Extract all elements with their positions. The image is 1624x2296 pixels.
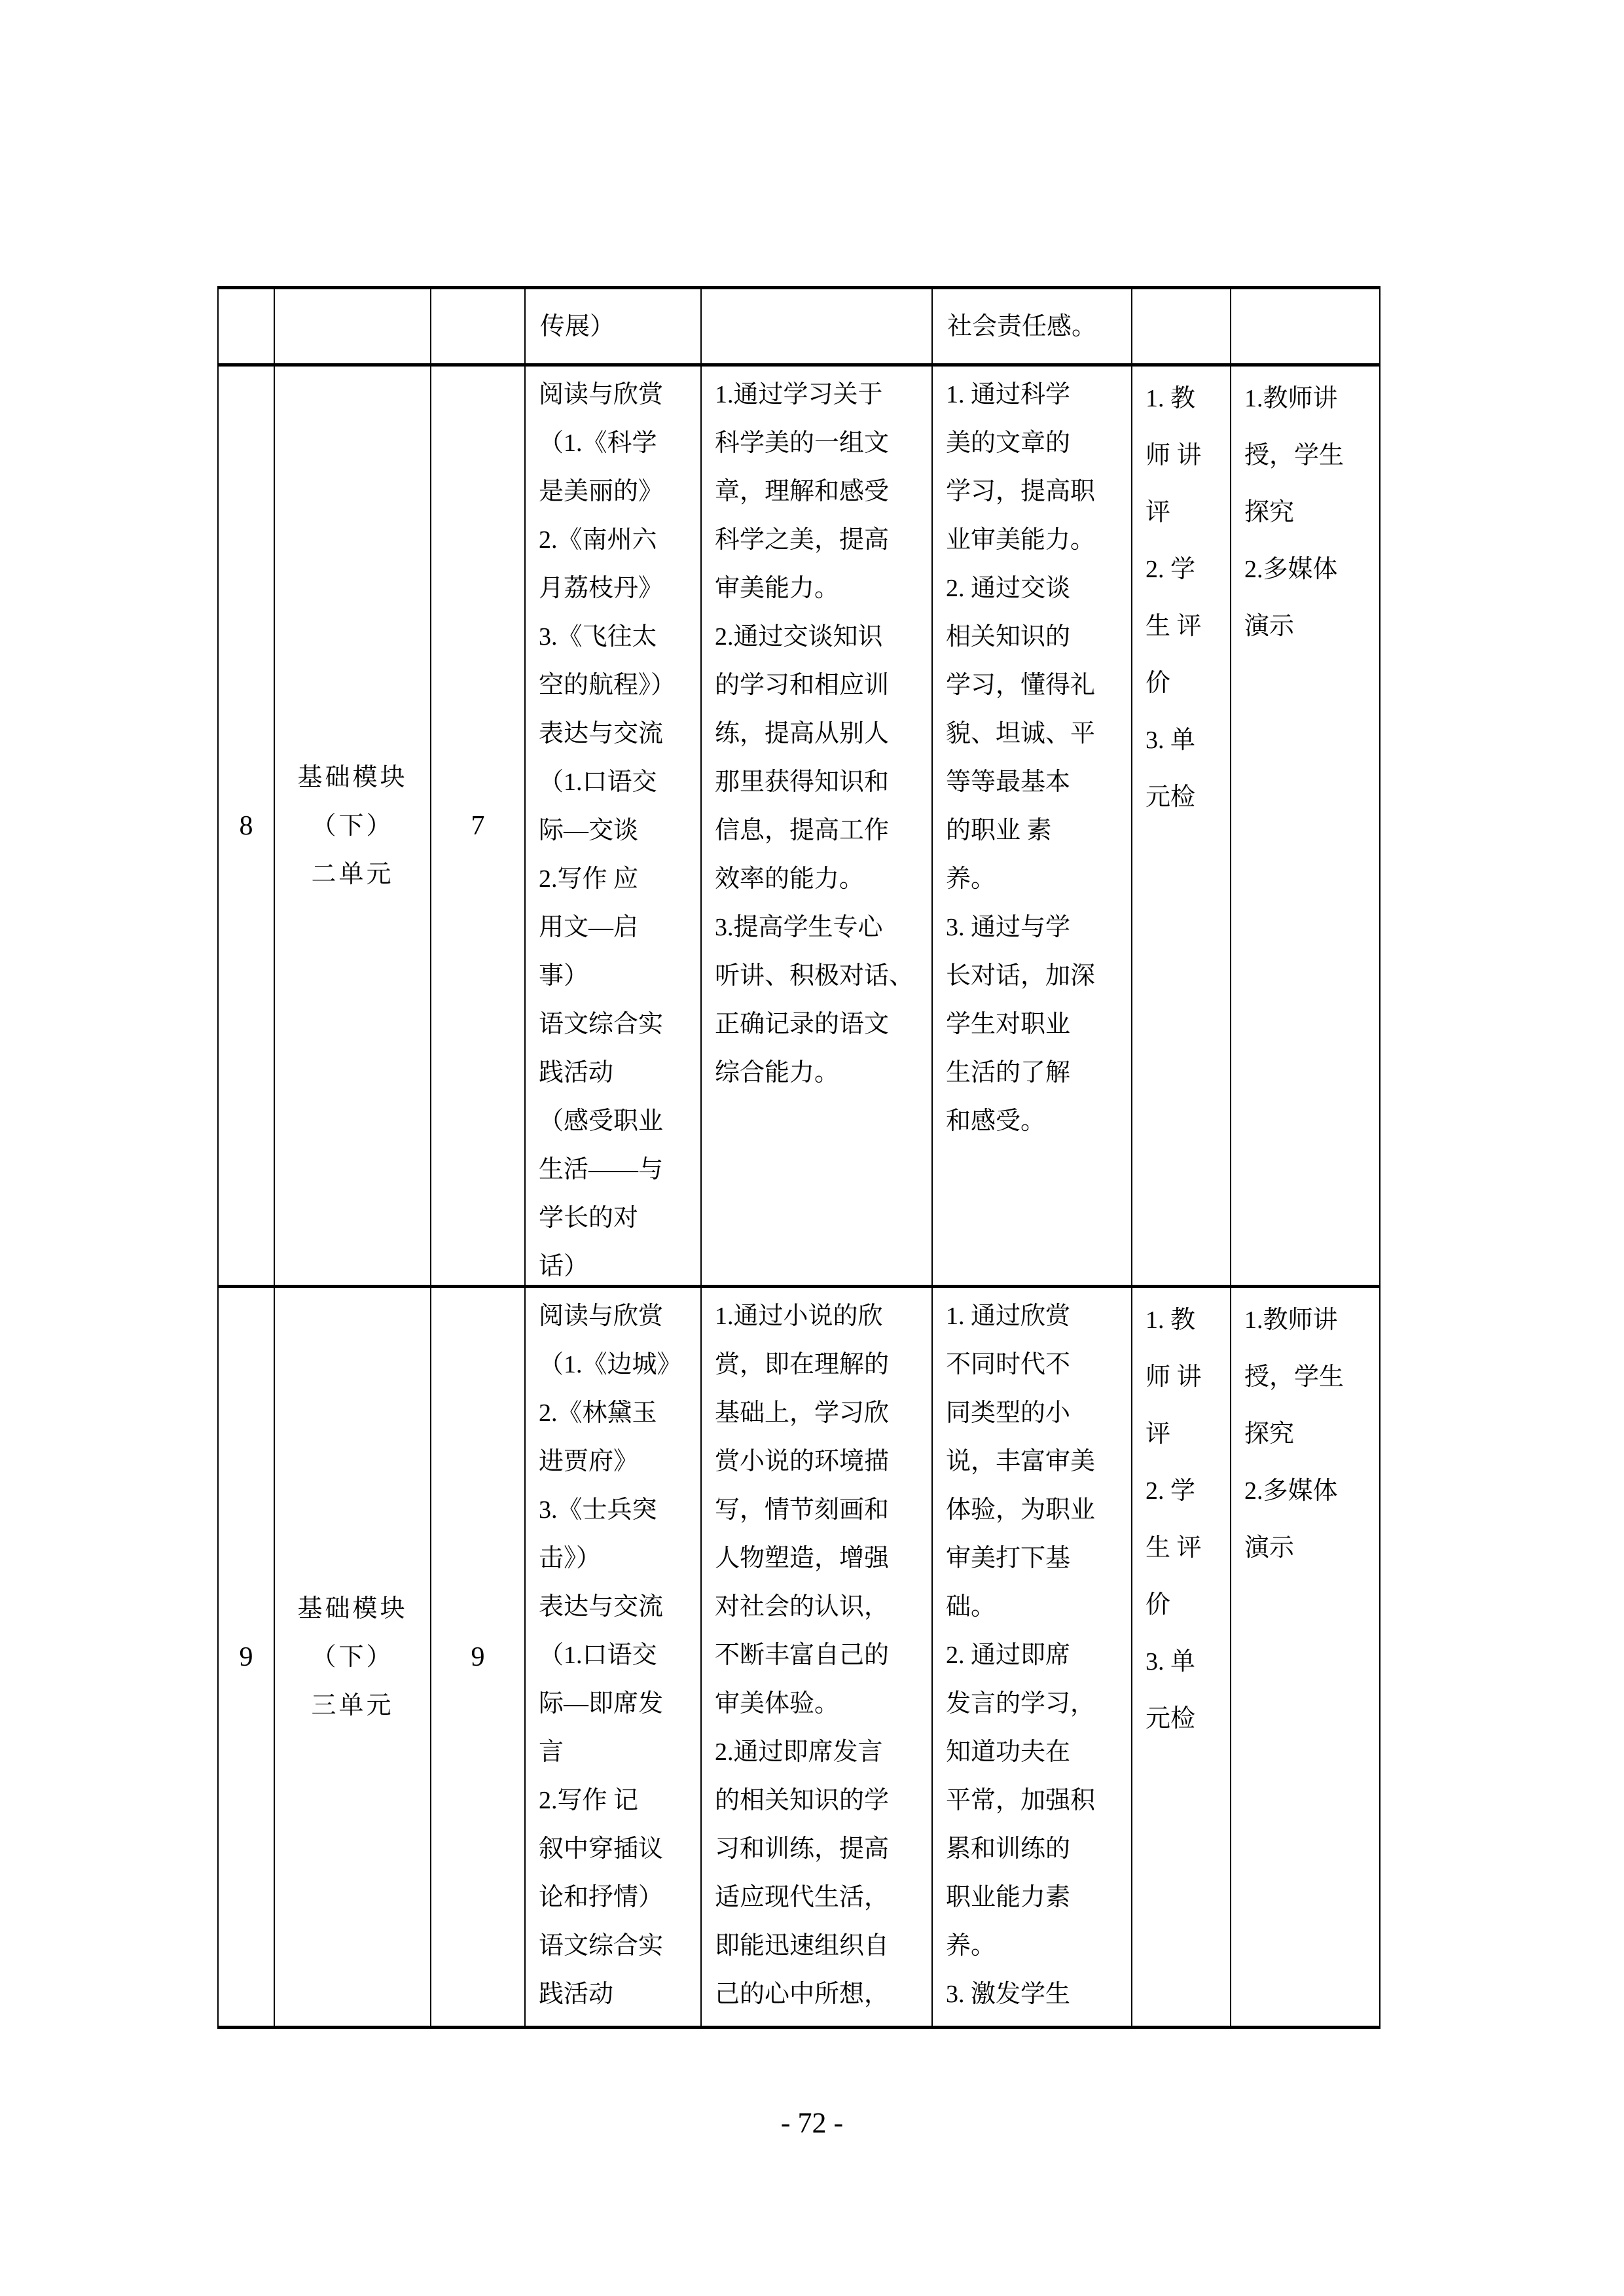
cell-row9-objectives: 1.通过小说的欣 赏，即在理解的 基础上，学习欣 赏小说的环境描 写，情节刻画和…: [702, 1288, 933, 2026]
cell-row8-no: 8: [219, 367, 275, 1288]
cell-text: 8: [240, 802, 253, 850]
cell-text: 9: [471, 1633, 485, 1681]
cell-row9-hours: 9: [431, 1288, 526, 2026]
cell-cont-competency: 社会责任感。: [933, 289, 1132, 367]
cell-text: 1. 通过欣赏 不同时代不 同类型的小 说，丰富审美 体验，为职业 审美打下基 …: [946, 1302, 1095, 2008]
cell-cont-methods: [1231, 289, 1379, 367]
cell-text: 7: [471, 802, 485, 850]
cell-row9-competency: 1. 通过欣赏 不同时代不 同类型的小 说，丰富审美 体验，为职业 审美打下基 …: [933, 1288, 1132, 2026]
cell-text: 1.教师讲 授，学生 探究 2.多媒体 演示: [1244, 1306, 1344, 1562]
document-page: 传展） 社会责任感。 8 基础模块 （下） 二单元 7 阅读与欣赏 （1.《科学…: [0, 0, 1624, 2296]
cell-text: 1.通过小说的欣 赏，即在理解的 基础上，学习欣 赏小说的环境描 写，情节刻画和…: [715, 1302, 889, 2008]
cell-row9-no: 9: [219, 1288, 275, 2026]
cell-row8-hours: 7: [431, 367, 526, 1288]
cell-cont-module: [275, 289, 431, 367]
cell-text: 1.教师讲 授，学生 探究 2.多媒体 演示: [1244, 385, 1344, 640]
cell-text: 基础模块 （下） 二单元: [297, 753, 407, 899]
cell-text: 社会责任感。: [947, 302, 1096, 351]
cell-text: 阅读与欣赏 （1.《边城》 2.《林黛玉 进贾府》 3.《士兵突 击》） 表达与…: [539, 1302, 682, 2008]
cell-text: 1. 教 师 讲 评 2. 学 生 评 价 3. 单 元检: [1146, 1306, 1202, 1732]
cell-text: 9: [240, 1633, 253, 1681]
cell-cont-hours: [431, 289, 526, 367]
cell-text: 传展）: [540, 302, 615, 351]
cell-row8-objectives: 1.通过学习关于 科学美的一组文 章，理解和感受 科学之美，提高 审美能力。 2…: [702, 367, 933, 1288]
cell-row9-content: 阅读与欣赏 （1.《边城》 2.《林黛玉 进贾府》 3.《士兵突 击》） 表达与…: [526, 1288, 702, 2026]
cell-row9-evaluation: 1. 教 师 讲 评 2. 学 生 评 价 3. 单 元检: [1132, 1288, 1231, 2026]
cell-row8-methods: 1.教师讲 授，学生 探究 2.多媒体 演示: [1231, 367, 1379, 1288]
cell-row9-methods: 1.教师讲 授，学生 探究 2.多媒体 演示: [1231, 1288, 1379, 2026]
cell-row9-module: 基础模块 （下） 三单元: [275, 1288, 431, 2026]
cell-text: 阅读与欣赏 （1.《科学 是美丽的》 2.《南州六 月荔枝丹》 3.《飞往太 空…: [539, 381, 676, 1280]
curriculum-table: 传展） 社会责任感。 8 基础模块 （下） 二单元 7 阅读与欣赏 （1.《科学…: [217, 286, 1380, 2029]
cell-text: 1.通过学习关于 科学美的一组文 章，理解和感受 科学之美，提高 审美能力。 2…: [715, 381, 914, 1086]
cell-text: 1. 通过科学 美的文章的 学习，提高职 业审美能力。 2. 通过交谈 相关知识…: [946, 381, 1095, 1135]
cell-cont-evaluation: [1132, 289, 1231, 367]
cell-text: 基础模块 （下） 三单元: [297, 1585, 407, 1730]
cell-row8-module: 基础模块 （下） 二单元: [275, 367, 431, 1288]
cell-row8-evaluation: 1. 教 师 讲 评 2. 学 生 评 价 3. 单 元检: [1132, 367, 1231, 1288]
cell-cont-objectives: [702, 289, 933, 367]
cell-text: 1. 教 师 讲 评 2. 学 生 评 价 3. 单 元检: [1146, 385, 1202, 811]
page-number: - 72 -: [0, 2106, 1624, 2140]
cell-row8-content: 阅读与欣赏 （1.《科学 是美丽的》 2.《南州六 月荔枝丹》 3.《飞往太 空…: [526, 367, 702, 1288]
cell-cont-no: [219, 289, 275, 367]
cell-cont-content: 传展）: [526, 289, 702, 367]
cell-row8-competency: 1. 通过科学 美的文章的 学习，提高职 业审美能力。 2. 通过交谈 相关知识…: [933, 367, 1132, 1288]
